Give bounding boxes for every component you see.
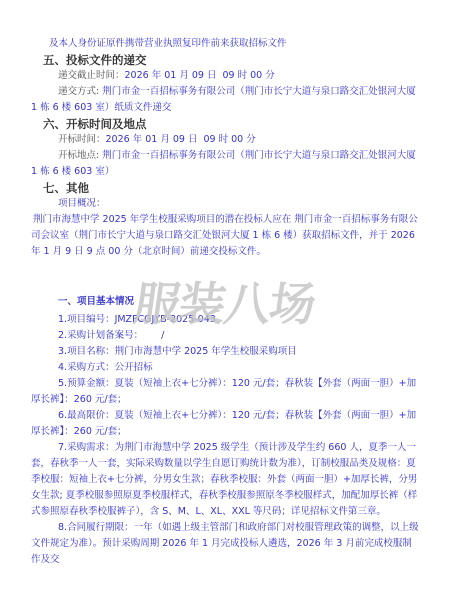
item-price-ceiling: 6.最高限价：夏装（短袖上衣+七分裤）：120 元/套；春秋装【外套（两面一胆）… bbox=[31, 408, 419, 440]
previous-paragraph-tail: 及本人身份证原件携带营业执照复印件前来获取招标文件 bbox=[31, 36, 419, 52]
submit-method-line: 递交方式: 荆门市金一百招标事务有限公司（荆门市长宁大道与泉口路交汇处银河大厦 … bbox=[31, 84, 419, 116]
bid-opening-place-line: 开标地点: 荆门市金一百招标事务有限公司（荆门市长宁大道与泉口路交汇处银河大厦 … bbox=[31, 148, 419, 180]
bid-opening-place-label: 开标地点: bbox=[58, 150, 99, 161]
bid-opening-time-label: 开标时间： bbox=[58, 134, 106, 145]
item-contract-term: 8.合同履行期限：一年（如遇上级主管部门和政府部门对校服管理政策的调整，以上级文… bbox=[31, 520, 419, 568]
submit-method-label: 递交方式: bbox=[58, 86, 99, 97]
document-page: 及本人身份证原件携带营业执照复印件前来获取招标文件 五、投标文件的递交 递交截止… bbox=[0, 0, 450, 600]
bid-opening-time-value: 2026 年 01 月 09 日 09 时 00 分 bbox=[106, 134, 256, 145]
submit-deadline-line: 递交截止时间：2026 年 01 月 09 日 09 时 00 分 bbox=[31, 68, 419, 84]
section-7-heading: 七、其他 bbox=[31, 180, 419, 196]
item-procurement-method: 4.采购方式：公开招标 bbox=[31, 360, 419, 376]
item-project-name: 3.项目名称：荆门市海慧中学 2025 年学生校服采购项目 bbox=[31, 344, 419, 360]
project-overview-paragraph: 荆门市海慧中学 2025 年学生校服采购项目的潜在投标人应在 荆门市金一百招标事… bbox=[31, 212, 419, 260]
basic-info-heading: 一、项目基本情况 bbox=[31, 294, 419, 310]
document-body: 及本人身份证原件携带营业执照复印件前来获取招标文件 五、投标文件的递交 递交截止… bbox=[0, 0, 450, 568]
submit-deadline-label: 递交截止时间： bbox=[58, 70, 125, 81]
item-procurement-plan-number: 2.采购计划备案号： / bbox=[31, 328, 419, 344]
section-6-heading: 六、开标时间及地点 bbox=[31, 116, 419, 132]
bid-opening-time-line: 开标时间：2026 年 01 月 09 日 09 时 00 分 bbox=[31, 132, 419, 148]
item-procurement-requirements: 7.采购需求：为荆门市海慧中学 2025 级学生（预计涉及学生约 660 人，夏… bbox=[31, 440, 419, 520]
item-budget-amount: 5.预算金额：夏装（短袖上衣+七分裤）：120 元/套；春秋装【外套（两面一胆）… bbox=[31, 376, 419, 408]
section-5-heading: 五、投标文件的递交 bbox=[31, 52, 419, 68]
project-overview-label: 项目概况： bbox=[31, 196, 419, 212]
item-project-number: 1.项目编号：JMZFCGJYB-2025-043 bbox=[31, 312, 419, 328]
submit-deadline-value: 2026 年 01 月 09 日 09 时 00 分 bbox=[125, 70, 275, 81]
